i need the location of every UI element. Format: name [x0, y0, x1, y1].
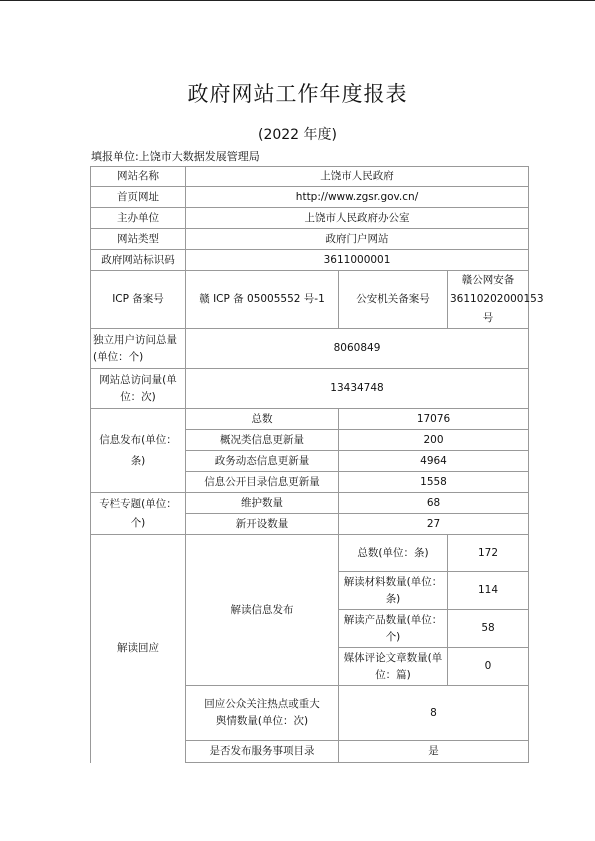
icp-value: 赣 ICP 备 05005552 号-1 — [186, 271, 339, 329]
columns-row-label: 新开设数量 — [186, 514, 339, 535]
interpretation-row-value: 114 — [448, 572, 529, 610]
table-row: 信息发布(单位：条) 总数 17076 — [91, 409, 529, 430]
site-name-value: 上饶市人民政府 — [186, 167, 529, 187]
interpretation-row-value: 172 — [448, 535, 529, 572]
table-row: 网站类型 政府门户网站 — [91, 229, 529, 250]
info-release-row-label: 总数 — [186, 409, 339, 430]
police-record-value: 赣公网安备 36110202000153 号 — [448, 271, 529, 329]
filing-unit: 填报单位:上饶市大数据发展管理局 — [91, 148, 260, 164]
interpretation-label: 解读回应 — [91, 535, 186, 763]
top-rule — [0, 0, 595, 1]
icp-label: ICP 备案号 — [91, 271, 186, 329]
interpretation-row-label: 媒体评论文章数量(单位：篇) — [339, 648, 448, 686]
info-release-label: 信息发布(单位：条) — [91, 409, 186, 493]
unique-visitors-label: 独立用户访问总量(单位：个) — [91, 329, 186, 369]
table-row: 专栏专题(单位：个) 维护数量 68 — [91, 493, 529, 514]
table-row: 网站名称 上饶市人民政府 — [91, 167, 529, 187]
page-title: 政府网站工作年度报表 — [0, 78, 595, 108]
table-row: 政府网站标识码 3611000001 — [91, 250, 529, 271]
columns-row-value: 27 — [339, 514, 529, 535]
site-type-value: 政府门户网站 — [186, 229, 529, 250]
report-year: (2022 年度) — [0, 124, 595, 144]
table-row: 解读回应 解读信息发布 总数(单位：条) 172 — [91, 535, 529, 572]
info-release-row-label: 概况类信息更新量 — [186, 430, 339, 451]
host-unit-label: 主办单位 — [91, 208, 186, 229]
host-unit-value: 上饶市人民政府办公室 — [186, 208, 529, 229]
table-row: ICP 备案号 赣 ICP 备 05005552 号-1 公安机关备案号 赣公网… — [91, 271, 529, 329]
site-name-label: 网站名称 — [91, 167, 186, 187]
info-release-row-value: 1558 — [339, 472, 529, 493]
info-release-row-value: 17076 — [339, 409, 529, 430]
site-id-label: 政府网站标识码 — [91, 250, 186, 271]
service-catalog-label: 是否发布服务事项目录 — [186, 741, 339, 763]
homepage-value[interactable]: http://www.zgsr.gov.cn/ — [186, 187, 529, 208]
info-release-row-label: 信息公开目录信息更新量 — [186, 472, 339, 493]
table-row: 独立用户访问总量(单位：个) 8060849 — [91, 329, 529, 369]
total-visits-label: 网站总访问量(单位：次) — [91, 369, 186, 409]
table-row: 网站总访问量(单位：次) 13434748 — [91, 369, 529, 409]
interpretation-row-label: 解读材料数量(单位：条) — [339, 572, 448, 610]
interpretation-row-value: 58 — [448, 610, 529, 648]
interpretation-row-value: 0 — [448, 648, 529, 686]
columns-label: 专栏专题(单位：个) — [91, 493, 186, 535]
info-release-row-value: 200 — [339, 430, 529, 451]
homepage-label: 首页网址 — [91, 187, 186, 208]
table-row: 首页网址 http://www.zgsr.gov.cn/ — [91, 187, 529, 208]
info-release-row-label: 政务动态信息更新量 — [186, 451, 339, 472]
table-row: 主办单位 上饶市人民政府办公室 — [91, 208, 529, 229]
hotspot-label: 回应公众关注热点或重大舆情数量(单位：次) — [186, 686, 339, 741]
interpretation-row-label: 总数(单位：条) — [339, 535, 448, 572]
site-id-value: 3611000001 — [186, 250, 529, 271]
hotspot-value: 8 — [339, 686, 529, 741]
total-visits-value: 13434748 — [186, 369, 529, 409]
interpretation-release-label: 解读信息发布 — [186, 535, 339, 686]
columns-row-label: 维护数量 — [186, 493, 339, 514]
info-release-row-value: 4964 — [339, 451, 529, 472]
service-catalog-value: 是 — [339, 741, 529, 763]
police-record-label: 公安机关备案号 — [339, 271, 448, 329]
interpretation-row-label: 解读产品数量(单位：个) — [339, 610, 448, 648]
report-table: 网站名称 上饶市人民政府 首页网址 http://www.zgsr.gov.cn… — [90, 166, 529, 763]
unique-visitors-value: 8060849 — [186, 329, 529, 369]
site-type-label: 网站类型 — [91, 229, 186, 250]
columns-row-value: 68 — [339, 493, 529, 514]
